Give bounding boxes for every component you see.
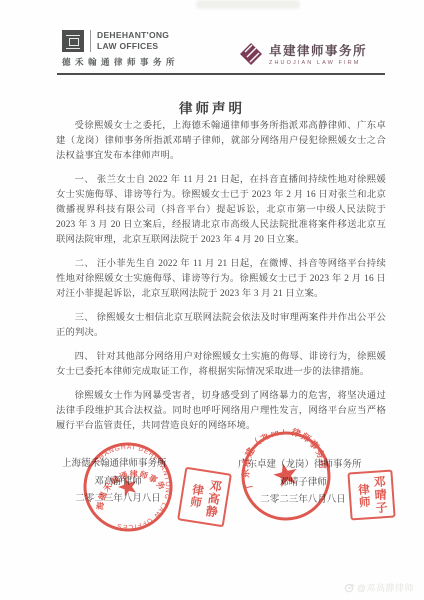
- seal-title-text: 律师: [356, 483, 369, 509]
- watermark-text: @邓高静律师: [357, 581, 414, 594]
- seal-name-text: 邓高静: [204, 478, 222, 518]
- firm-name-cn: 德禾翰通律师事务所: [62, 56, 179, 68]
- header-divider-line: [57, 73, 385, 75]
- firm-name-en-line2: LAW OFFICES: [97, 41, 169, 52]
- firm-name-en: DEHEHANT'ONG LAW OFFICES: [97, 30, 169, 52]
- document-body: 受徐熙媛女士之委托，上海德禾翰通律师事务所指派邓高静律师、广东卓建（龙岗）律师事…: [56, 119, 386, 443]
- seal-name-text: 邓晴子: [373, 475, 388, 515]
- seal-star-icon: [271, 461, 300, 489]
- weibo-icon: [344, 582, 355, 593]
- document-page: DEHEHANT'ONG LAW OFFICES 德禾翰通律师事务所 卓建律师事…: [0, 0, 424, 600]
- square-seal-denggaojing: 律师 邓高静: [177, 467, 232, 528]
- seal-title-text: 律师: [188, 482, 203, 508]
- photo-smudge: [196, 0, 300, 9]
- square-seal-dengqingzi: 律师 邓晴子: [347, 469, 395, 520]
- firm-name-en-line1: DEHEHANT'ONG: [97, 30, 169, 41]
- paragraph-item-2: 二、 汪小菲先生自 2022 年 11 月 21 日起，在微博、抖音等网络平台持…: [56, 257, 386, 302]
- paragraph-closing: 徐熙媛女士作为网暴受害者，切身感受到了网络暴力的危害，将坚决通过法律手段维护其合…: [56, 389, 386, 434]
- paragraph-item-4: 四、 针对其他部分网络用户对徐熙媛女士实施的侮辱、诽谤行为，徐熙媛女士已委托本律…: [56, 350, 386, 380]
- paragraph-item-1: 一、 张兰女士自 2022 年 11 月 21 日起，在抖音直播间持续性地对徐熙…: [56, 173, 386, 248]
- paragraph-intro: 受徐熙媛女士之委托，上海德禾翰通律师事务所指派邓高静律师、广东卓建（龙岗）律师事…: [56, 119, 386, 164]
- firm-name-cn: 卓建律师事务所: [269, 41, 367, 59]
- zhuojian-logo-icon: [239, 42, 263, 66]
- letterhead-left-firm: DEHEHANT'ONG LAW OFFICES 德禾翰通律师事务所: [62, 30, 179, 68]
- dehehantong-logo-icon: [62, 30, 84, 52]
- round-seal-dehehantong: SHANGHAI DEHEHANTONG LAW OFFICES 上海德禾翰通律…: [70, 429, 186, 545]
- firm-name-en: ZHUOJIAN LAW FIRM: [269, 60, 367, 66]
- logo-divider: [90, 30, 91, 52]
- paragraph-item-3: 三、 徐熙媛女士相信北京互联网法院会依法及时审理两案件并作出公平公正的判决。: [56, 311, 386, 341]
- photo-watermark: @邓高静律师: [344, 581, 414, 594]
- letterhead-right-firm: 卓建律师事务所 ZHUOJIAN LAW FIRM: [239, 41, 367, 66]
- document-title: 律师声明: [0, 97, 424, 117]
